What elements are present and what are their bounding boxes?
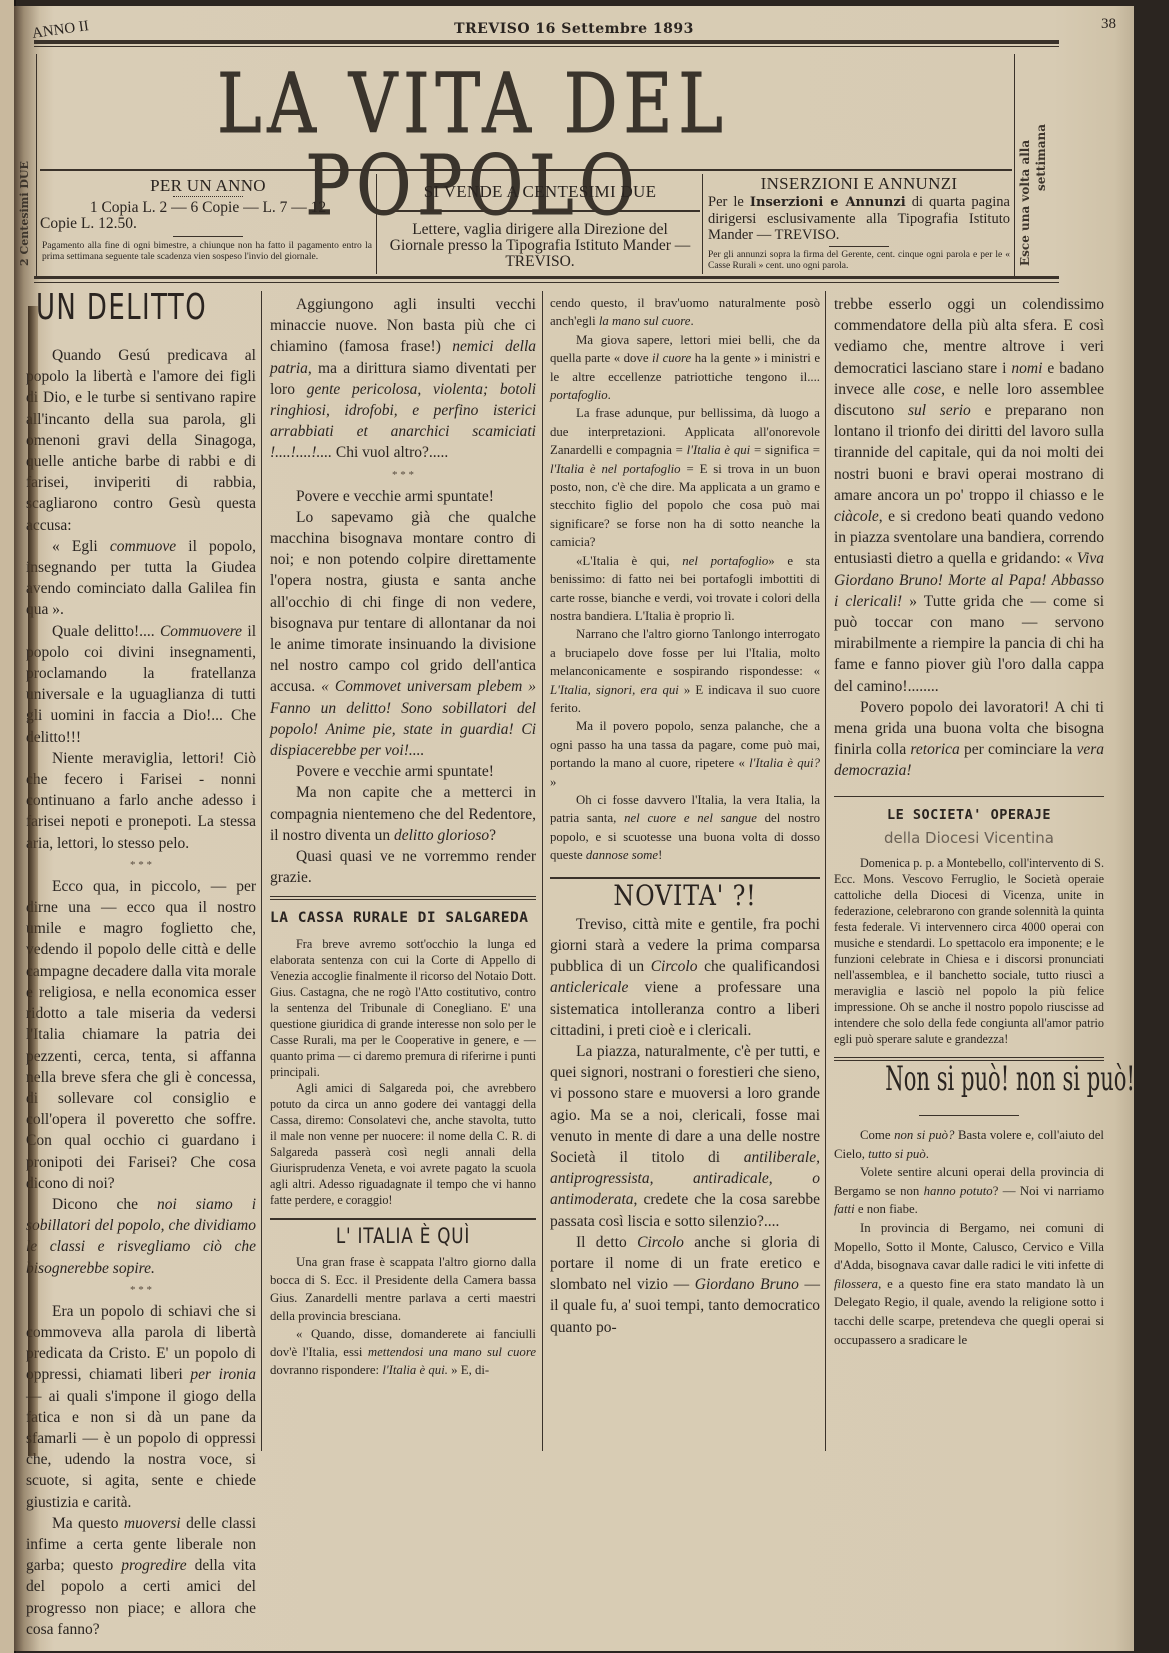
box-divider-1 (376, 174, 377, 274)
article-paragraph: Agli amici di Salgareda poi, che avrebbe… (270, 1080, 536, 1208)
article-paragraph: In provincia di Bergamo, nei comuni di M… (834, 1219, 1104, 1349)
section-divider (270, 1218, 536, 1220)
asterism-divider: * * * (270, 470, 536, 480)
price-title: SI VENDE A CENTESIMI DUE (380, 182, 700, 202)
ads-box: INSERZIONI E ANNUNZI Per le Inserzioni e… (706, 174, 1012, 274)
section-divider (270, 896, 536, 900)
societa-article: Domenica p. p. a Montebello, coll'interv… (834, 855, 1104, 1047)
headline-italia-e-qui: L' ITALIA È QUÌ (297, 1226, 510, 1247)
article-paragraph: Fra breve avremo sott'occhio la lunga ed… (270, 936, 536, 1080)
article-paragraph: « Egli commuove il popolo, insegnando pe… (26, 536, 256, 621)
asterism-divider: * * * (26, 860, 256, 870)
article-paragraph: Narrano che l'altro giorno Tanlongo inte… (550, 625, 820, 717)
column-2: Aggiungono agli insulti vecchi minaccie … (270, 294, 536, 1379)
headline-novita: NOVITA' ?! (570, 885, 800, 906)
article-paragraph: Quale delitto!.... Commuovere il popolo … (26, 621, 256, 748)
ads-text: Per le Inserzioni e Annunzi di quarta pa… (706, 194, 1012, 243)
article-paragraph: Dicono che noi siamo i sobillatori del p… (26, 1194, 256, 1279)
price-divider (380, 210, 700, 212)
wavy-ornament (173, 196, 243, 197)
masthead-right-border (1014, 54, 1015, 276)
masthead-left-border (36, 54, 37, 276)
subscription-price-line2: Copie L. 12.50. (40, 216, 376, 232)
headline-un-delitto: UN DELITTO (36, 297, 194, 337)
section-divider (834, 796, 1104, 797)
article-paragraph: Ma giova sapere, lettori miei belli, che… (550, 331, 820, 405)
left-vertical-price: 2 Centesimi DUE (18, 76, 31, 266)
article-paragraph: Ma il povero popolo, senza palanche, che… (550, 717, 820, 791)
article-paragraph: Il detto Circolo anche si gloria di port… (550, 1232, 820, 1338)
article-paragraph: Era un popolo di schiavi che si commovev… (26, 1301, 256, 1513)
subscription-note: Pagamento alla fine di ogni bimestre, a … (40, 241, 376, 263)
column-divider-3 (825, 291, 826, 1451)
article-paragraph: Niente meraviglia, lettori! Ciò che fece… (26, 748, 256, 854)
non-si-puo-article: Come non si può? Basta volere e, coll'ai… (834, 1126, 1104, 1349)
column-divider-2 (542, 291, 543, 1451)
headline-societa-operaje: LE SOCIETA' OPERAJE (834, 805, 1104, 826)
right-vertical-frequency-2: settimana (1034, 81, 1048, 191)
article-paragraph: cendo questo, il brav'uomo naturalmente … (550, 294, 820, 331)
box-divider-2 (702, 174, 703, 274)
page-fold-shadow (28, 306, 38, 1456)
subscription-box: PER UN ANNO 1 Copia L. 2 — 6 Copie — L. … (40, 174, 376, 274)
masthead-bottom-rule (40, 169, 1012, 171)
article-paragraph: trebbe esserlo oggi un colendissimo comm… (834, 294, 1104, 697)
ornament-divider (919, 1115, 1019, 1116)
article-paragraph: Domenica p. p. a Montebello, coll'interv… (834, 855, 1104, 1047)
dateline: TREVISO 16 Settembre 1893 (14, 21, 1134, 37)
article-paragraph: Oh ci fosse davvero l'Italia, la vera It… (550, 791, 820, 865)
article-paragraph: Lo sapevamo già che qualche macchina bis… (270, 507, 536, 761)
cassa-article: Fra breve avremo sott'occhio la lunga ed… (270, 936, 536, 1208)
newspaper-page: ANNO II TREVISO 16 Settembre 1893 38 2 C… (14, 6, 1134, 1651)
page-number: 38 (1101, 16, 1116, 33)
asterism-divider: * * * (26, 1285, 256, 1295)
column-1: UN DELITTO Quando Gesú predicava al popo… (26, 291, 256, 1640)
article-paragraph: La frase adunque, pur bellissima, dà luo… (550, 404, 820, 551)
italia-article-continued: cendo questo, il brav'uomo naturalmente … (550, 294, 820, 865)
article-paragraph: Quasi quasi ve ne vorremmo render grazie… (270, 846, 536, 888)
top-rule (34, 40, 1059, 44)
article-paragraph: Povere e vecchie armi spuntate! (270, 761, 536, 782)
column-divider-1 (261, 291, 262, 1451)
article-paragraph: Ma questo muoversi delle classi infime a… (26, 1513, 256, 1640)
subscription-title: PER UN ANNO (40, 176, 376, 196)
article-paragraph: Quando Gesú predicava al popolo la liber… (26, 345, 256, 536)
article-paragraph: Ecco qua, in piccolo, — per dirne una — … (26, 876, 256, 1194)
article-paragraph: Povere e vecchie armi spuntate! (270, 486, 536, 507)
header-bottom-rule-thin (34, 282, 1059, 283)
subscription-divider (173, 236, 243, 237)
article-paragraph: « Quando, disse, domanderete ai fanciull… (270, 1325, 536, 1379)
article-paragraph: Ma non capite che a metterci in compagni… (270, 782, 536, 846)
article-paragraph: Una gran frase è scappata l'altro giorno… (270, 1253, 536, 1325)
headline-non-si-puo: Non si può! non si può! (885, 1069, 1052, 1111)
article-paragraph: «L'Italia è qui, nel portafoglio» e sta … (550, 552, 820, 626)
subscription-price-line1: 1 Copia L. 2 — 6 Copie — L. 7 — 12 (40, 200, 376, 216)
article-paragraph: La piazza, naturalmente, c'è per tutti, … (550, 1041, 820, 1232)
right-vertical-frequency: Esce una volta alla (1018, 61, 1032, 266)
header-bottom-rule (34, 276, 1059, 279)
ads-ornament (829, 246, 889, 247)
ads-title: INSERZIONI E ANNUNZI (706, 174, 1012, 194)
price-text: Lettere, vaglia dirigere alla Direzione … (380, 222, 700, 270)
column-4: trebbe esserlo oggi un colendissimo comm… (834, 294, 1104, 1349)
article-paragraph: Aggiungono agli insulti vecchi minaccie … (270, 294, 536, 464)
ads-note: Per gli annunzi sopra la firma del Geren… (706, 250, 1012, 272)
price-box: SI VENDE A CENTESIMI DUE Lettere, vaglia… (380, 174, 700, 274)
headline-cassa-rurale: LA CASSA RURALE DI SALGAREDA (270, 908, 536, 929)
column-3: cendo questo, il brav'uomo naturalmente … (550, 294, 820, 1338)
italia-article: Una gran frase è scappata l'altro giorno… (270, 1253, 536, 1379)
top-rule-thin (34, 46, 1059, 47)
subhead-diocesi-vicentina: della Diocesi Vicentina (834, 828, 1104, 849)
article-paragraph: Treviso, città mite e gentile, fra pochi… (550, 914, 820, 1041)
article-paragraph: Volete sentire alcuni operai della provi… (834, 1163, 1104, 1219)
article-paragraph: Come non si può? Basta volere e, coll'ai… (834, 1126, 1104, 1163)
article-paragraph: Povero popolo dei lavoratori! A chi ti m… (834, 697, 1104, 782)
